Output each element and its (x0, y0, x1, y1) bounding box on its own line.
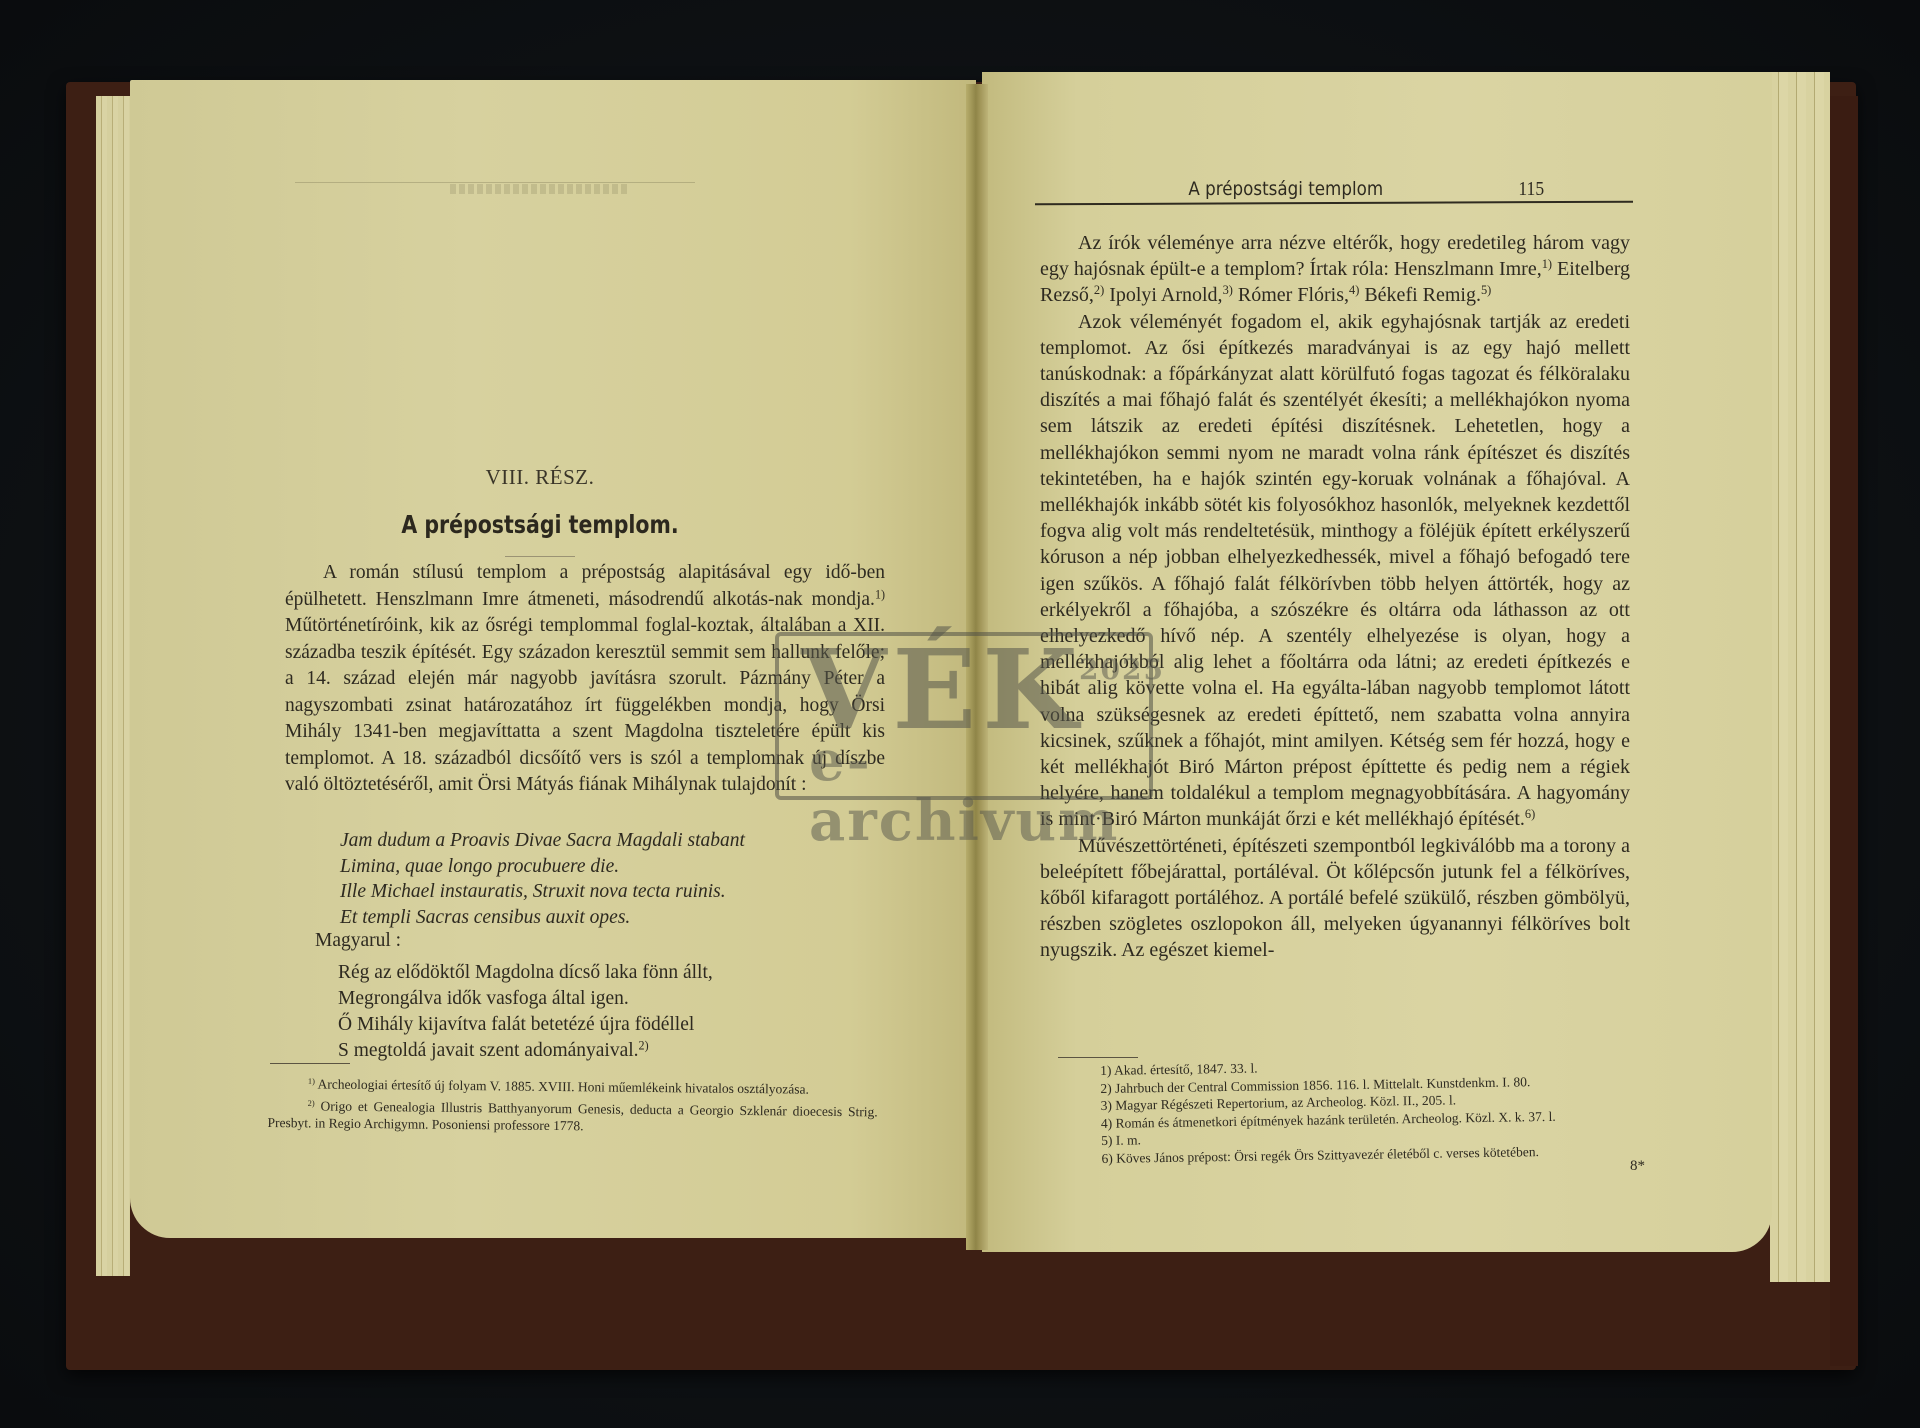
chapter-title: A prépostsági templom. (384, 510, 696, 539)
verse-line: Megrongálva idők vasfoga által igen. (338, 986, 898, 1012)
footnote-ref: 2) (639, 1038, 649, 1052)
magyarul-label: Magyarul : (315, 930, 401, 952)
left-page-stack (96, 96, 130, 1276)
right-paragraph: Művészettörténeti, építészeti szempontbó… (1040, 833, 1630, 964)
right-page-stack (1770, 72, 1830, 1282)
verse-line: Limina, quae longo procubuere die. (340, 854, 900, 880)
verse-line: Jam dudum a Proavis Divae Sacra Magdali … (340, 828, 900, 854)
verse-line: Et templi Sacras censibus auxit opes. (340, 905, 900, 931)
running-head-title: A prépostsági templom (1188, 178, 1383, 200)
footnote-rule (270, 1063, 350, 1064)
verse-line: Ille Michael instauratis, Struxit nova t… (340, 879, 900, 905)
chapter-label: VIII. RÉSZ. (395, 465, 685, 490)
left-body-text: A román stílusú templom a prépostság ala… (285, 560, 885, 799)
verse-line: Ő Mihály kijavítva falát betetézé újra f… (338, 1012, 898, 1038)
right-paragraph: Az írók véleménye arra nézve eltérők, ho… (1040, 230, 1630, 309)
right-paragraph: Azok véleményét fogadom el, akik egyhajó… (1040, 309, 1630, 833)
title-rule (505, 556, 575, 557)
verse-line: S megtoldá javait szent adományaival.2) (338, 1038, 898, 1064)
page-number: 115 (1518, 178, 1544, 201)
footnote-rule (1058, 1057, 1138, 1058)
bleed-through-text (450, 184, 630, 194)
right-body-text: Az írók véleménye arra nézve eltérők, ho… (1040, 230, 1630, 964)
book-gutter (966, 84, 988, 1250)
book-cover-edge (1830, 96, 1858, 1366)
left-paragraph: A román stílusú templom a prépostság ala… (285, 560, 885, 799)
verse-line: Rég az elődöktől Magdolna dícső laka fön… (338, 960, 898, 986)
right-footnotes: 1) Akad. értesítő, 1847. 33. l. 2) Jahrb… (1100, 1053, 1672, 1167)
sheet-signature: 8* (1630, 1158, 1645, 1175)
latin-verse: Jam dudum a Proavis Divae Sacra Magdali … (340, 828, 900, 930)
footnote-ref: 1) (875, 587, 885, 601)
left-footnotes: 1) Archeologiai értesítő új folyam V. 18… (267, 1075, 878, 1142)
bleed-through-rule (295, 182, 695, 183)
footnote: 2) Origo et Genealogia Illustris Batthya… (267, 1096, 877, 1137)
hungarian-verse: Rég az elődöktől Magdolna dícső laka fön… (338, 960, 898, 1064)
